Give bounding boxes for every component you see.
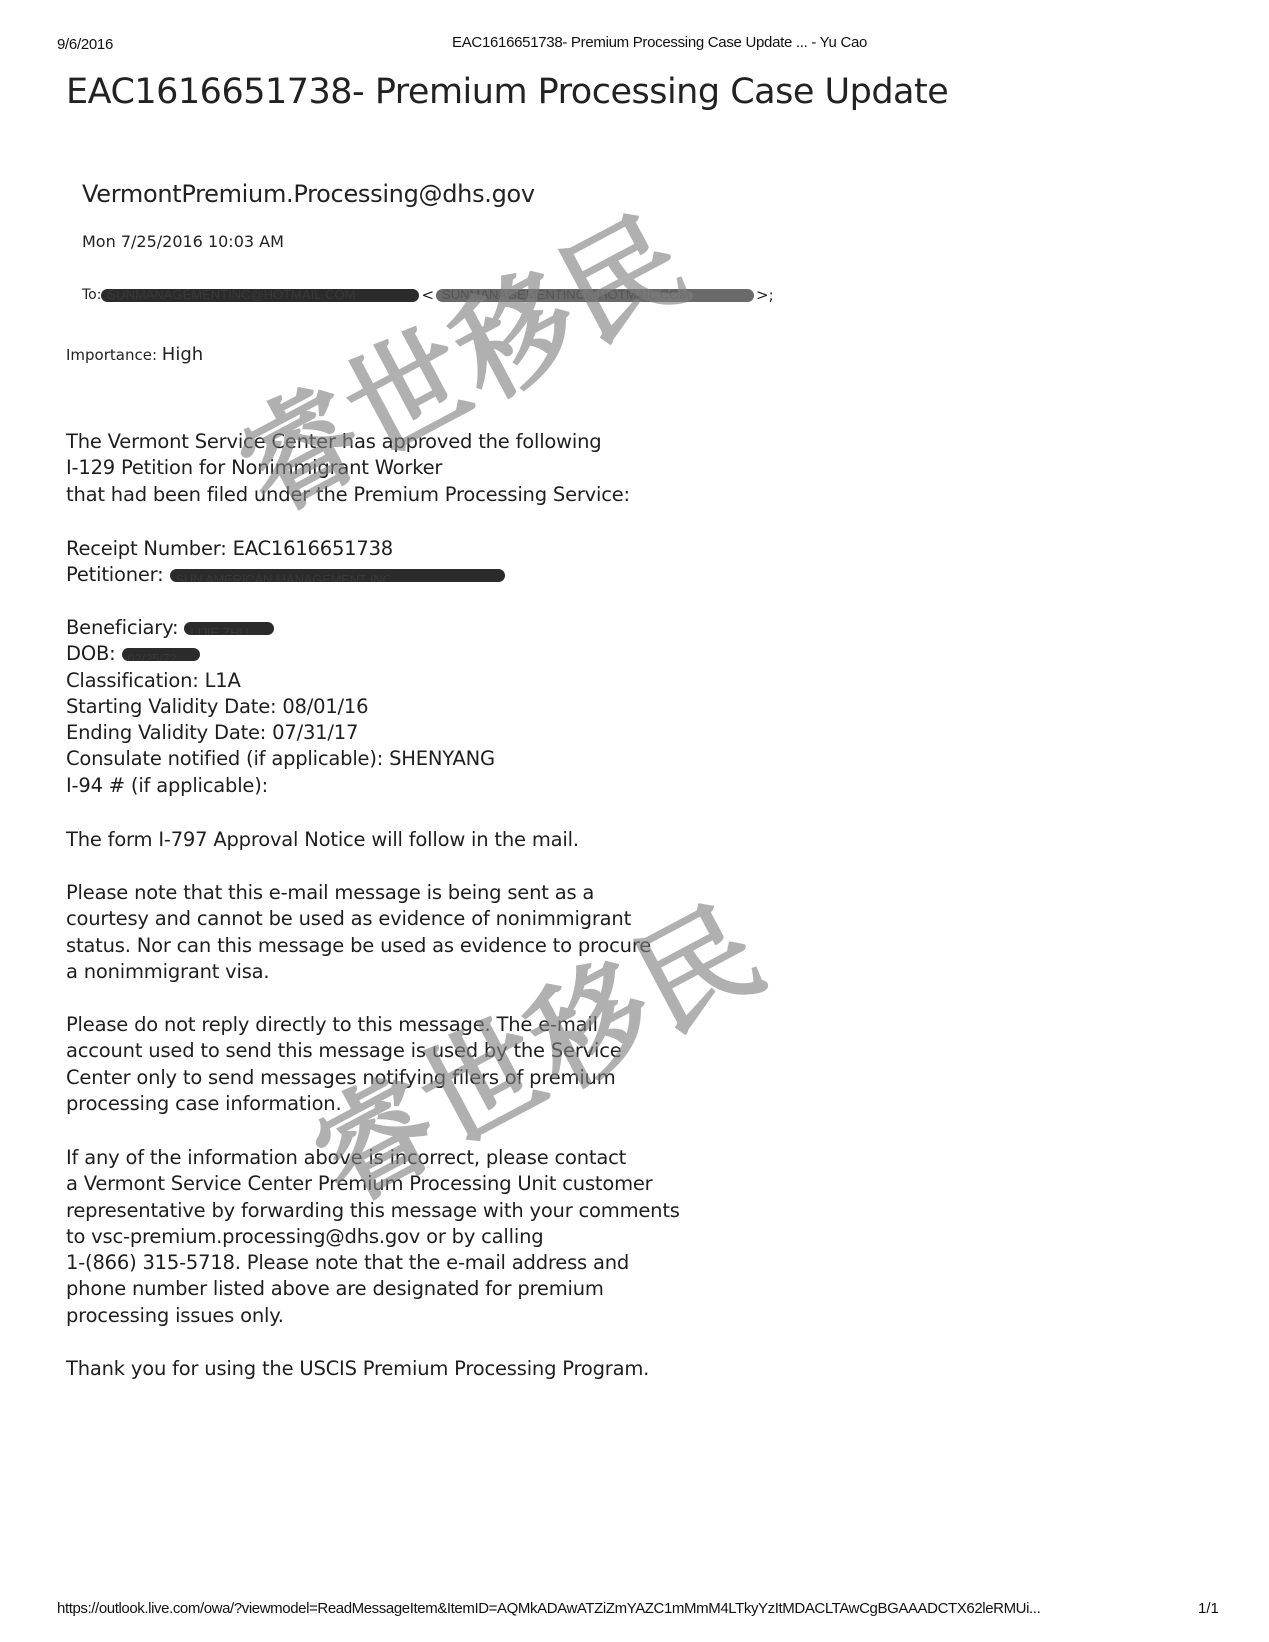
end-validity-date: Ending Validity Date: 07/31/17 — [66, 720, 495, 746]
body-line: a nonimmigrant visa. — [66, 959, 651, 985]
print-page-title: EAC1616651738- Premium Processing Case U… — [452, 34, 867, 51]
thanks-line: Thank you for using the USCIS Premium Pr… — [66, 1356, 649, 1382]
body-line: 1-(866) 315-5718. Please note that the e… — [66, 1250, 680, 1276]
redacted-recipient-address: SUNMANAGEMENTINC@HOTMAIL.COM — [436, 289, 754, 302]
body-line: processing case information. — [66, 1091, 622, 1117]
body-line: Center only to send messages notifying f… — [66, 1065, 622, 1091]
start-validity-date: Starting Validity Date: 08/01/16 — [66, 694, 495, 720]
redacted-petitioner: SUN AMERICAN MANAGEMENT INC — [170, 569, 505, 582]
email-recipients: To: SUNMANAGEMENTINC@HOTMAIL.COM < SUNMA… — [82, 286, 774, 304]
dob-label: DOB: — [66, 641, 116, 667]
body-line: phone number listed above are designated… — [66, 1276, 680, 1302]
body-line: Please note that this e-mail message is … — [66, 880, 651, 906]
print-footer-url: https://outlook.live.com/owa/?viewmodel=… — [57, 1600, 1040, 1617]
consulate-notified: Consulate notified (if applicable): SHEN… — [66, 746, 495, 772]
receipt-block: Receipt Number: EAC1616651738 Petitioner… — [66, 536, 505, 589]
body-line: representative by forwarding this messag… — [66, 1198, 680, 1224]
body-line: The Vermont Service Center has approved … — [66, 429, 630, 455]
dob: DOB: 02/25/72 — [66, 641, 495, 667]
email-sender[interactable]: VermontPremium.Processing@dhs.gov — [82, 180, 535, 208]
redacted-beneficiary: LIJIE ZHU — [184, 622, 274, 635]
angle-open: < — [421, 286, 434, 304]
contact-paragraph: If any of the information above is incor… — [66, 1145, 680, 1329]
body-intro: The Vermont Service Center has approved … — [66, 429, 630, 508]
body-line: Please do not reply directly to this mes… — [66, 1012, 622, 1038]
receipt-value: EAC1616651738 — [233, 536, 393, 562]
body-line: that had been filed under the Premium Pr… — [66, 482, 630, 508]
to-label: To: — [82, 287, 101, 303]
no-reply-paragraph: Please do not reply directly to this mes… — [66, 1012, 622, 1117]
print-footer-page: 1/1 — [1198, 1600, 1219, 1617]
beneficiary-label: Beneficiary: — [66, 615, 178, 641]
approval-notice: The form I-797 Approval Notice will foll… — [66, 827, 579, 853]
importance-label: Importance: — [66, 346, 157, 364]
body-line: status. Nor can this message be used as … — [66, 933, 651, 959]
body-line: courtesy and cannot be used as evidence … — [66, 906, 651, 932]
email-subject: EAC1616651738- Premium Processing Case U… — [66, 72, 948, 112]
receipt-label: Receipt Number: — [66, 536, 227, 562]
print-date: 9/6/2016 — [57, 36, 113, 53]
body-line: to vsc-premium.processing@dhs.gov or by … — [66, 1224, 680, 1250]
case-details: Beneficiary: LIJIE ZHU DOB: 02/25/72 Cla… — [66, 615, 495, 799]
redacted-dob: 02/25/72 — [122, 648, 200, 661]
body-line: a Vermont Service Center Premium Process… — [66, 1171, 680, 1197]
importance-value: High — [162, 344, 203, 365]
beneficiary: Beneficiary: LIJIE ZHU — [66, 615, 495, 641]
body-line: processing issues only. — [66, 1303, 680, 1329]
angle-close: >; — [756, 286, 774, 304]
importance: Importance: High — [66, 344, 203, 365]
i94-number: I-94 # (if applicable): — [66, 773, 495, 799]
receipt-number: Receipt Number: EAC1616651738 — [66, 536, 505, 562]
body-line: account used to send this message is use… — [66, 1038, 622, 1064]
email-sent-time: Mon 7/25/2016 10:03 AM — [82, 232, 284, 251]
body-line: If any of the information above is incor… — [66, 1145, 680, 1171]
petitioner-label: Petitioner: — [66, 562, 164, 588]
redacted-recipient-name: SUNMANAGEMENTINC@HOTMAIL.COM — [101, 289, 419, 302]
classification: Classification: L1A — [66, 668, 495, 694]
petitioner: Petitioner: SUN AMERICAN MANAGEMENT INC — [66, 562, 505, 588]
body-line: I-129 Petition for Nonimmigrant Worker — [66, 455, 630, 481]
courtesy-paragraph: Please note that this e-mail message is … — [66, 880, 651, 985]
